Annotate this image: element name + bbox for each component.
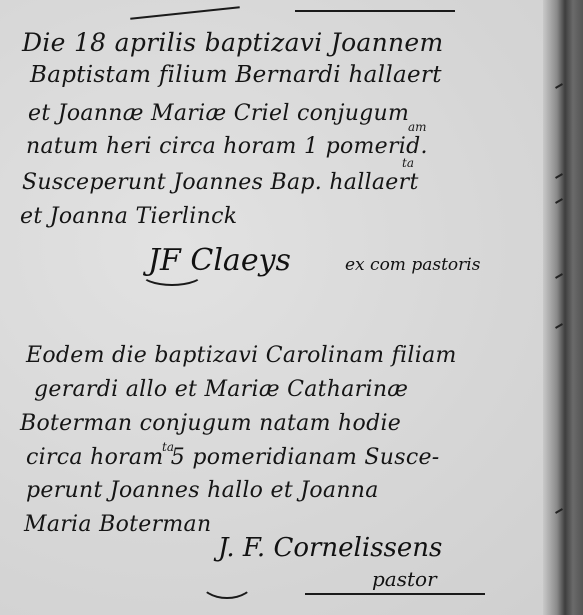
entry1-line-6: et Joanna Tierlinck — [20, 204, 237, 229]
entry2-signature-name: J. F. Cornelissens — [218, 533, 442, 563]
signature-underline — [305, 593, 485, 595]
entry1-line-5: Susceperunt Joannes Bap. hallaert — [22, 170, 419, 195]
entry1-line-3: et Joannæ Mariæ Criel conjugum — [28, 101, 409, 126]
entry1-signature-role: ex com pastoris — [345, 255, 480, 275]
signature-flourish-1 — [140, 260, 204, 286]
gutter-mark — [555, 323, 563, 329]
entry2-line-2: gerardi allo et Mariæ Catharinæ — [34, 377, 408, 402]
book-gutter — [543, 0, 583, 615]
entry2-line-6: Maria Boterman — [24, 512, 211, 537]
register-page: Die 18 aprilis baptizavi Joannem Baptist… — [0, 0, 583, 615]
entry1-line-2: Baptistam filium Bernardi hallaert — [30, 62, 442, 88]
top-rule-left — [130, 6, 240, 19]
gutter-mark — [555, 273, 563, 279]
gutter-mark — [555, 198, 563, 204]
entry1-superscript-ta: ta — [402, 156, 414, 170]
gutter-mark — [555, 508, 563, 514]
entry1-line-1: Die 18 aprilis baptizavi Joannem — [22, 28, 444, 57]
entry2-line-3: Boterman conjugum natam hodie — [20, 411, 401, 436]
entry2-line-5: perunt Joannes hallo et Joanna — [26, 478, 379, 503]
entry1-superscript-am: am — [408, 120, 427, 134]
top-rule-right — [295, 10, 455, 12]
signature-flourish-2 — [200, 565, 254, 599]
entry2-line-4: circa horam 5 pomeridianam Susce- — [26, 445, 440, 470]
entry1-line-4: natum heri circa horam 1 pomerid. — [26, 134, 428, 159]
entry2-signature-role: pastor — [372, 567, 437, 591]
entry2-line-1: Eodem die baptizavi Carolinam filiam — [26, 343, 457, 368]
gutter-mark — [555, 83, 563, 89]
gutter-mark — [555, 173, 563, 179]
